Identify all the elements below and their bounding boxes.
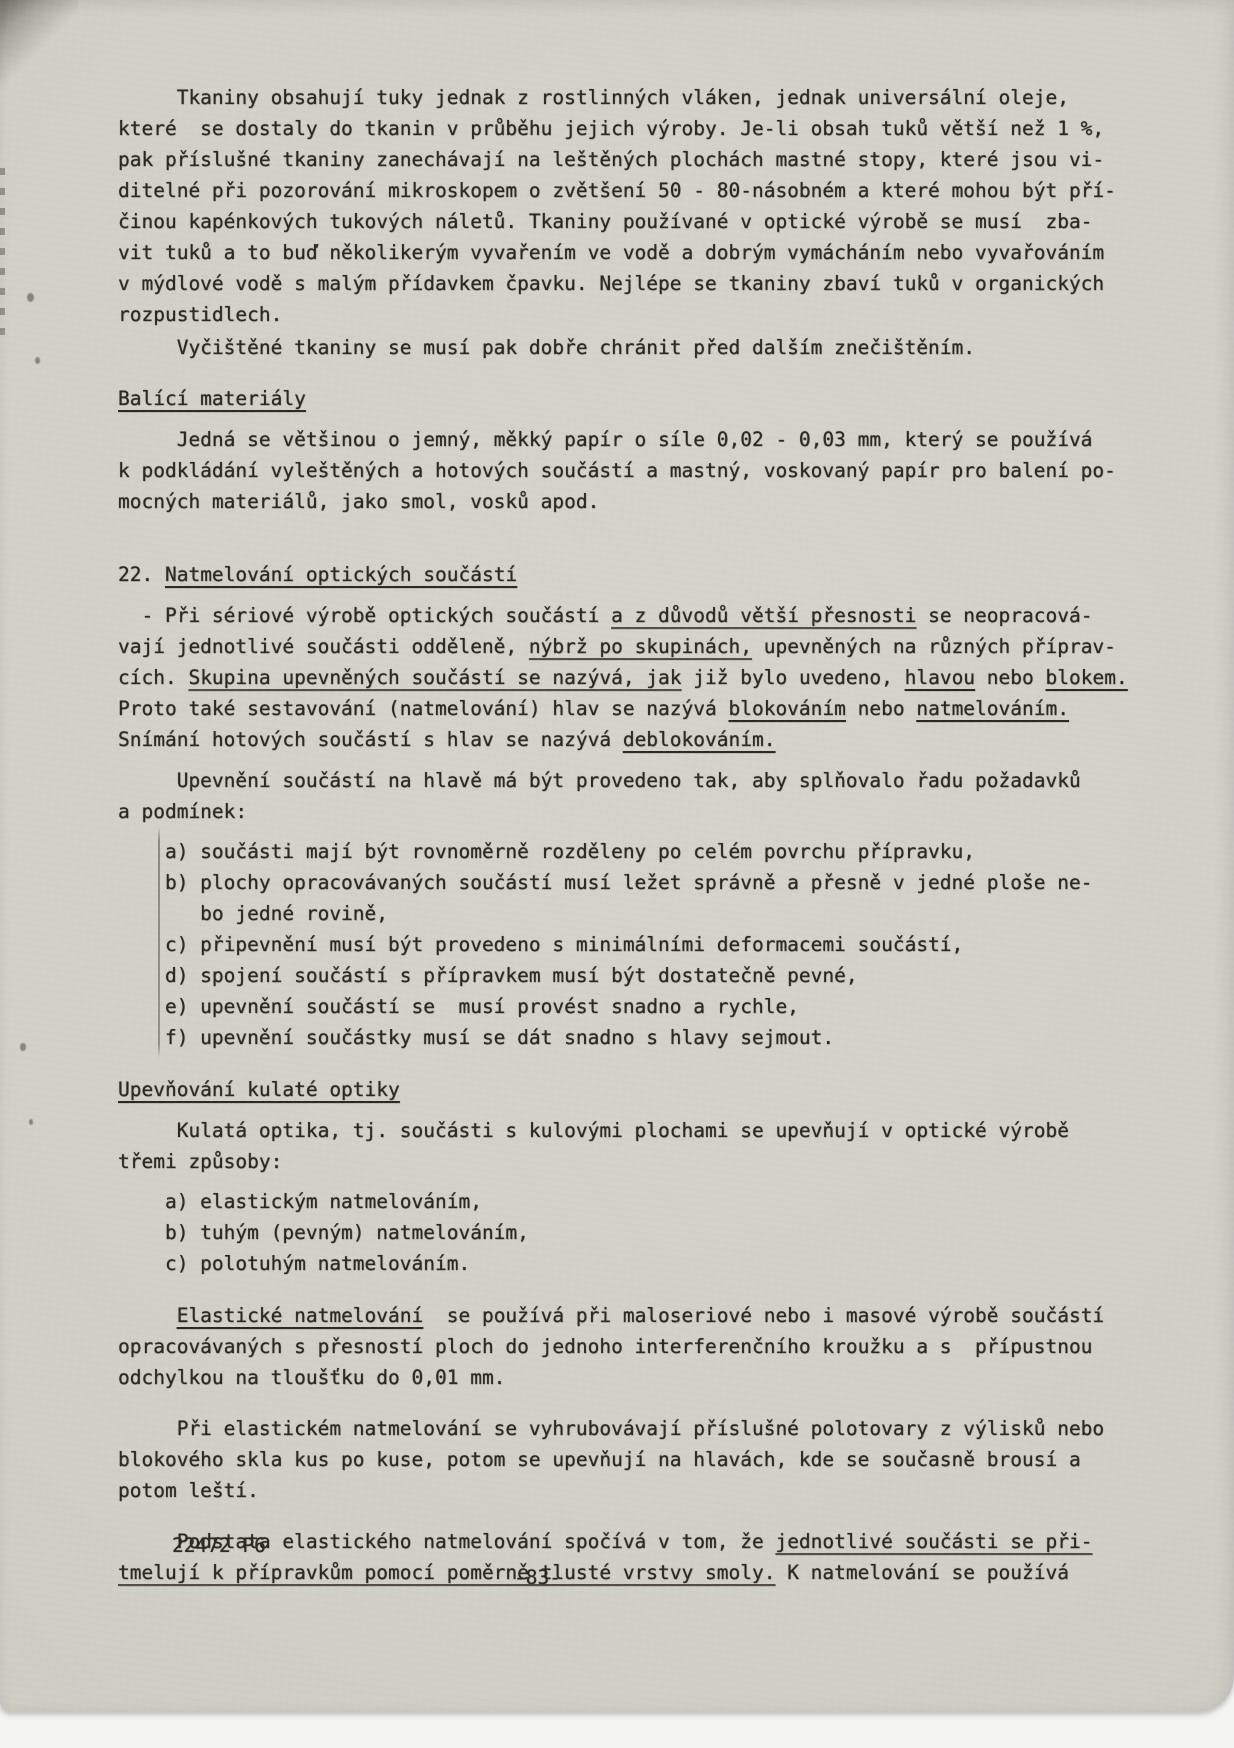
- text-line: Tkaniny obsahují tuky jednak z rostlinný…: [118, 82, 1198, 113]
- text-line: mocných materiálů, jako smol, vosků apod…: [118, 486, 1198, 517]
- section-heading-22: 22. Natmelování optických součástí: [118, 559, 1198, 590]
- text-line: v mýdlové vodě s malým přídavkem čpavku.…: [118, 268, 1198, 299]
- text-line: f) upevnění součástky musí se dát snadno…: [118, 1023, 1198, 1054]
- text-line: odchylkou na tloušťku do 0,01 mm.: [118, 1362, 1198, 1393]
- text-line: vají jednotlivé součásti odděleně, nýbrž…: [118, 631, 1198, 662]
- list-mounting-ways: a) elastickým natmelováním, b) tuhým (pe…: [118, 1187, 1198, 1280]
- text-line: Podstata elastického natmelování spočívá…: [118, 1526, 1198, 1557]
- text-line: a podmínek:: [118, 796, 1198, 827]
- text-line: 22. Natmelování optických součástí: [118, 559, 1198, 590]
- text-line: vit tuků a to buď několikerým vyvařením …: [118, 237, 1198, 268]
- text-line: cích. Skupina upevněných součástí se naz…: [118, 662, 1198, 693]
- para-cleaned-fabrics: Vyčištěné tkaniny se musí pak dobře chrá…: [118, 332, 1198, 363]
- document-code: 22472 P6: [172, 1534, 266, 1557]
- margin-mark: [20, 1043, 26, 1051]
- para-elastic-principle: Podstata elastického natmelování spočívá…: [118, 1526, 1198, 1588]
- text-line: Vyčištěné tkaniny se musí pak dobře chrá…: [118, 332, 1198, 363]
- text-line: ditelné při pozorování mikroskopem o zvě…: [118, 175, 1198, 206]
- para-packing-paper: Jedná se většinou o jemný, měkký papír o…: [118, 424, 1198, 517]
- text-line: Snímání hotových součástí s hlav se nazý…: [118, 724, 1198, 755]
- para-elastic-process: Při elastickém natmelování se vyhrubováv…: [118, 1413, 1198, 1506]
- text-line: - Při sériové výrobě optických součástí …: [118, 600, 1198, 631]
- text-line: Kulatá optika, tj. součásti s kulovými p…: [118, 1115, 1198, 1146]
- text-line: Upevnění součástí na hlavě má být proved…: [118, 765, 1198, 796]
- heading-round-optics: Upevňování kulaté optiky: [118, 1074, 1198, 1105]
- text-line: b) plochy opracovávaných součástí musí l…: [118, 868, 1198, 899]
- text-line: pak příslušné tkaniny zanechávají na leš…: [118, 144, 1198, 175]
- page-number: -83-: [514, 1566, 561, 1589]
- text-line: tmelují k přípravkům pomocí poměrně tlus…: [118, 1557, 1198, 1588]
- text-line: opracovávaných s přesností ploch do jedn…: [118, 1331, 1198, 1362]
- text-line: b) tuhým (pevným) natmelováním,: [118, 1218, 1198, 1249]
- text-line: blokového skla kus po kuse, potom se upe…: [118, 1444, 1198, 1475]
- text-line: c) připevnění musí být provedeno s minim…: [118, 930, 1198, 961]
- text-line: Balící materiály: [118, 383, 1198, 414]
- text-line: Při elastickém natmelování se vyhrubováv…: [118, 1413, 1198, 1444]
- para-elastic-cementing: Elastické natmelování se používá při mal…: [118, 1300, 1198, 1393]
- text-line: c) polotuhým natmelováním.: [118, 1249, 1198, 1280]
- scanned-page: Tkaniny obsahují tuky jednak z rostlinný…: [0, 0, 1234, 1748]
- margin-mark: [35, 357, 40, 364]
- text-line: d) spojení součástí s přípravkem musí bý…: [118, 961, 1198, 992]
- text-line: rozpustidlech.: [118, 299, 1198, 330]
- document-body: Tkaniny obsahují tuky jednak z rostlinný…: [118, 80, 1198, 1588]
- text-line: Elastické natmelování se používá při mal…: [118, 1300, 1198, 1331]
- para-round-optics-ways: Kulatá optika, tj. součásti s kulovými p…: [118, 1115, 1198, 1177]
- scan-edge-artifact: [0, 168, 5, 348]
- list-requirements: a) součásti mají být rovnoměrně rozdělen…: [118, 837, 1198, 1054]
- text-line: Jedná se většinou o jemný, měkký papír o…: [118, 424, 1198, 455]
- text-line: bo jedné rovině,: [118, 899, 1198, 930]
- text-line: potom leští.: [118, 1475, 1198, 1506]
- text-line: k podkládání vyleštěných a hotových souč…: [118, 455, 1198, 486]
- text-line: Upevňování kulaté optiky: [118, 1074, 1198, 1105]
- text-line: Proto také sestavování (natmelování) hla…: [118, 693, 1198, 724]
- text-line: a) součásti mají být rovnoměrně rozdělen…: [118, 837, 1198, 868]
- para-serial-production: - Při sériové výrobě optických součástí …: [118, 600, 1198, 755]
- margin-mark: [29, 1119, 33, 1125]
- scan-corner-shadow: [0, 0, 78, 102]
- text-line: činou kapénkových tukových náletů. Tkani…: [118, 206, 1198, 237]
- heading-packing-materials: Balící materiály: [118, 383, 1198, 414]
- margin-mark: [27, 293, 34, 302]
- para-mounting-requirements: Upevnění součástí na hlavě má být proved…: [118, 765, 1198, 827]
- text-line: třemi způsoby:: [118, 1146, 1198, 1177]
- text-line: e) upevnění součástí se musí provést sna…: [118, 992, 1198, 1023]
- text-line: a) elastickým natmelováním,: [118, 1187, 1198, 1218]
- para-fabric-fats: Tkaniny obsahují tuky jednak z rostlinný…: [118, 82, 1198, 330]
- text-line: které se dostaly do tkanin v průběhu jej…: [118, 113, 1198, 144]
- paper-sheet: Tkaniny obsahují tuky jednak z rostlinný…: [0, 0, 1234, 1712]
